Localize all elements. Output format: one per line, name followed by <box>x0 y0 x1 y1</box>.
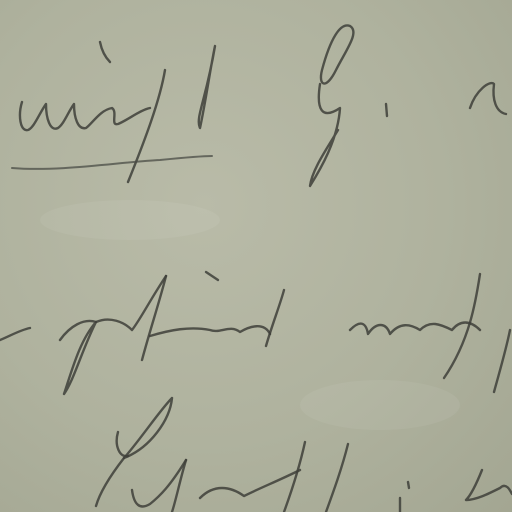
handwritten-word-3 <box>0 272 284 394</box>
handwriting <box>0 0 512 512</box>
handwritten-word-5 <box>96 398 512 512</box>
handwritten-word-2 <box>310 25 506 186</box>
handwritten-word-1 <box>12 42 215 182</box>
handwritten-word-4 <box>350 274 510 392</box>
